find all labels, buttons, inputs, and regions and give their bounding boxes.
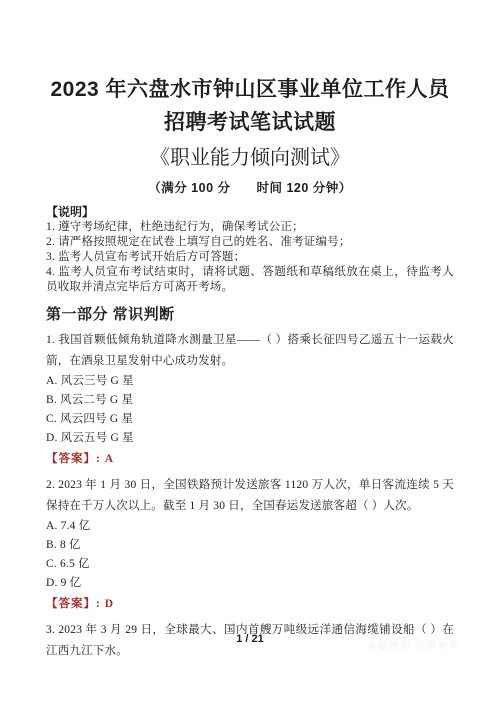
option-a: A. 7.4 亿: [46, 517, 454, 536]
option-a: A. 风云三号 G 星: [46, 372, 454, 391]
instruction-item: 3. 监考人员宣布考试开始后方可答题；: [46, 250, 454, 265]
part-one-heading: 第一部分 常识判断: [46, 305, 454, 324]
watermark: 真题整理 仅供参考: [367, 640, 460, 652]
option-b: B. 8 亿: [46, 536, 454, 555]
instruction-item: 1. 遵守考场纪律，杜绝违纪行为，确保考试公正；: [46, 220, 454, 235]
question-text: 1. 我国首颗低倾角轨道降水测量卫星——（ ）搭乘长征四号乙遥五十一运载火箭，在…: [46, 330, 454, 372]
option-c: C. 6.5 亿: [46, 555, 454, 574]
exam-title-line-1: 2023 年六盘水市钟山区事业单位工作人员: [0, 73, 500, 106]
option-d: D. 9 亿: [46, 574, 454, 593]
exam-content: 【说明】 1. 遵守考场纪律，杜绝违纪行为，确保考试公正； 2. 请严格按照规定…: [46, 204, 454, 662]
option-c: C. 风云四号 G 星: [46, 410, 454, 429]
option-b: B. 风云二号 G 星: [46, 391, 454, 410]
instructions-heading: 【说明】: [46, 204, 454, 220]
answer-line: 【答案】: A: [46, 450, 454, 469]
exam-subtitle: 《职业能力倾向测试》: [0, 145, 500, 171]
instruction-item: 2. 请严格按照规定在试卷上填写自己的姓名、准考证编号；: [46, 235, 454, 250]
question-1: 1. 我国首颗低倾角轨道降水测量卫星——（ ）搭乘长征四号乙遥五十一运载火箭，在…: [46, 330, 454, 469]
exam-title-line-2: 招聘考试笔试试题: [0, 106, 500, 139]
answer-line: 【答案】: D: [46, 595, 454, 614]
question-text: 2. 2023 年 1 月 30 日，全国铁路预计发送旅客 1120 万人次，单…: [46, 475, 454, 517]
score-time-info: （满分 100 分 时间 120 分钟）: [0, 180, 500, 196]
instruction-item: 4. 监考人员宣布考试结束时，请将试题、答题纸和草稿纸放在桌上，待监考人员收取并…: [46, 265, 454, 295]
exam-header: 2023 年六盘水市钟山区事业单位工作人员 招聘考试笔试试题 《职业能力倾向测试…: [0, 0, 500, 196]
exam-paper-page: 2023 年六盘水市钟山区事业单位工作人员 招聘考试笔试试题 《职业能力倾向测试…: [0, 0, 500, 707]
option-d: D. 风云五号 G 星: [46, 429, 454, 448]
question-2: 2. 2023 年 1 月 30 日，全国铁路预计发送旅客 1120 万人次，单…: [46, 475, 454, 614]
instructions-block: 【说明】 1. 遵守考场纪律，杜绝违纪行为，确保考试公正； 2. 请严格按照规定…: [46, 204, 454, 295]
